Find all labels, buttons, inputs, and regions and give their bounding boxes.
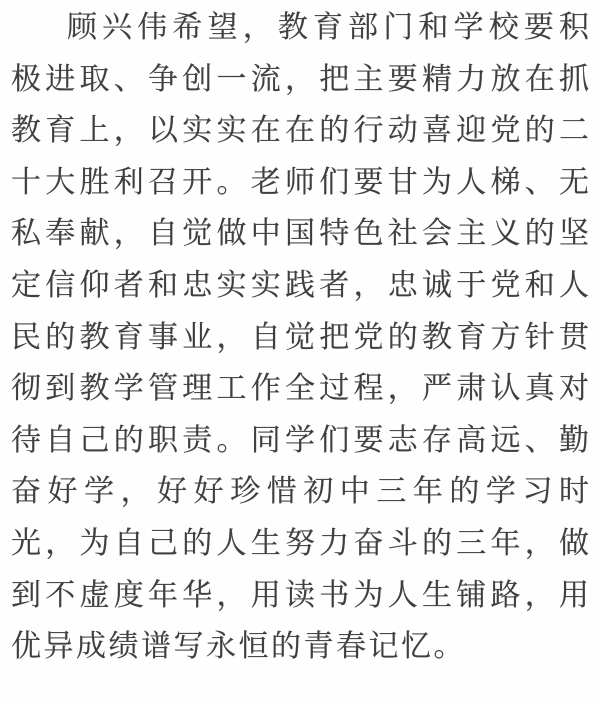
- paragraph-line: 十大胜利召开。老师们要甘为人梯、无: [11, 157, 589, 209]
- paragraph-line: 待自己的职责。同学们要志存高远、勤: [11, 415, 589, 467]
- paragraph-line: 教育上，以实实在在的行动喜迎党的二: [11, 105, 589, 157]
- paragraph-line: 到不虚度年华，用读书为人生铺路，用: [11, 570, 589, 622]
- article-text-page: 顾兴伟希望，教育部门和学校要积 极进取、争创一流，把主要精力放在抓 教育上，以实…: [0, 0, 600, 704]
- paragraph-line: 彻到教学管理工作全过程，严肃认真对: [11, 363, 589, 415]
- paragraph-line: 光，为自己的人生努力奋斗的三年，做: [11, 518, 589, 570]
- paragraph-line: 民的教育事业，自觉把党的教育方针贯: [11, 312, 589, 364]
- paragraph-line: 优异成绩谱写永恒的青春记忆。: [11, 621, 589, 673]
- paragraph-line: 定信仰者和忠实实践者，忠诚于党和人: [11, 260, 589, 312]
- paragraph-line: 极进取、争创一流，把主要精力放在抓: [11, 54, 589, 106]
- paragraph-line: 顾兴伟希望，教育部门和学校要积: [11, 2, 589, 54]
- paragraph-line: 私奉献，自觉做中国特色社会主义的坚: [11, 208, 589, 260]
- paragraph-line: 奋好学，好好珍惜初中三年的学习时: [11, 466, 589, 518]
